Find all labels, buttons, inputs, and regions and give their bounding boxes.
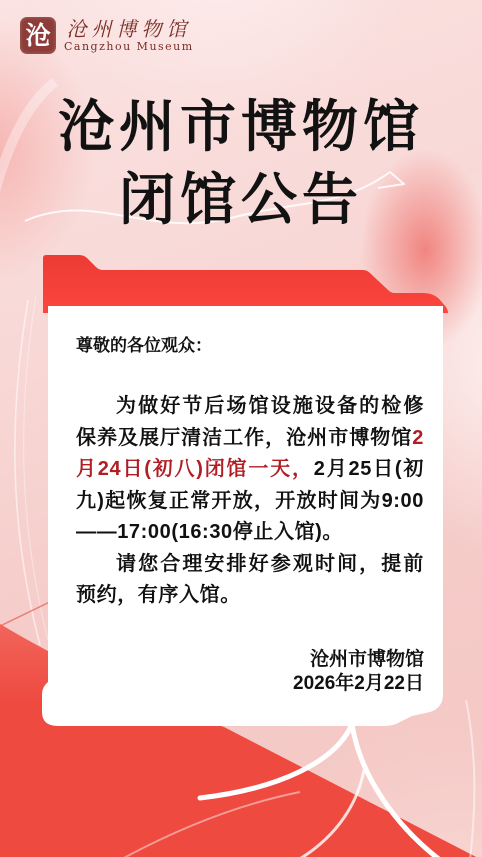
- notice-paragraph-1: 为做好节后场馆设施设备的检修保养及展厅清洁工作，沧州市博物馆2月24日(初八)闭…: [76, 391, 424, 549]
- museum-logo: 沧 沧州博物馆 Cangzhou Museum: [20, 17, 194, 54]
- seal-character: 沧: [25, 23, 50, 48]
- card-red-tab: [43, 255, 448, 313]
- signature-date: 2026年2月22日: [76, 672, 424, 696]
- museum-logo-text: 沧州博物馆 Cangzhou Museum: [64, 18, 194, 54]
- museum-seal-icon: 沧: [20, 17, 56, 54]
- poster-title: 沧州市博物馆 闭馆公告: [0, 90, 482, 236]
- signature-name: 沧州市博物馆: [76, 648, 424, 672]
- notice-text-before: 为做好节后场馆设施设备的检修保养及展厅清洁工作，沧州市博物馆: [76, 395, 424, 449]
- signature-block: 沧州市博物馆 2026年2月22日: [76, 648, 424, 696]
- notice-card-content: 尊敬的各位观众： 为做好节后场馆设施设备的检修保养及展厅清洁工作，沧州市博物馆2…: [48, 307, 443, 727]
- closure-notice-poster: 沧 沧州博物馆 Cangzhou Museum 沧州市博物馆 闭馆公告 尊敬的各…: [0, 0, 482, 857]
- museum-name-en: Cangzhou Museum: [64, 40, 194, 54]
- poster-title-line2: 闭馆公告: [0, 163, 482, 236]
- salutation: 尊敬的各位观众：: [76, 334, 424, 358]
- poster-title-line1: 沧州市博物馆: [0, 90, 482, 163]
- museum-name-cn: 沧州博物馆: [66, 18, 191, 40]
- notice-paragraph-2: 请您合理安排好参观时间，提前预约，有序入馆。: [76, 549, 424, 612]
